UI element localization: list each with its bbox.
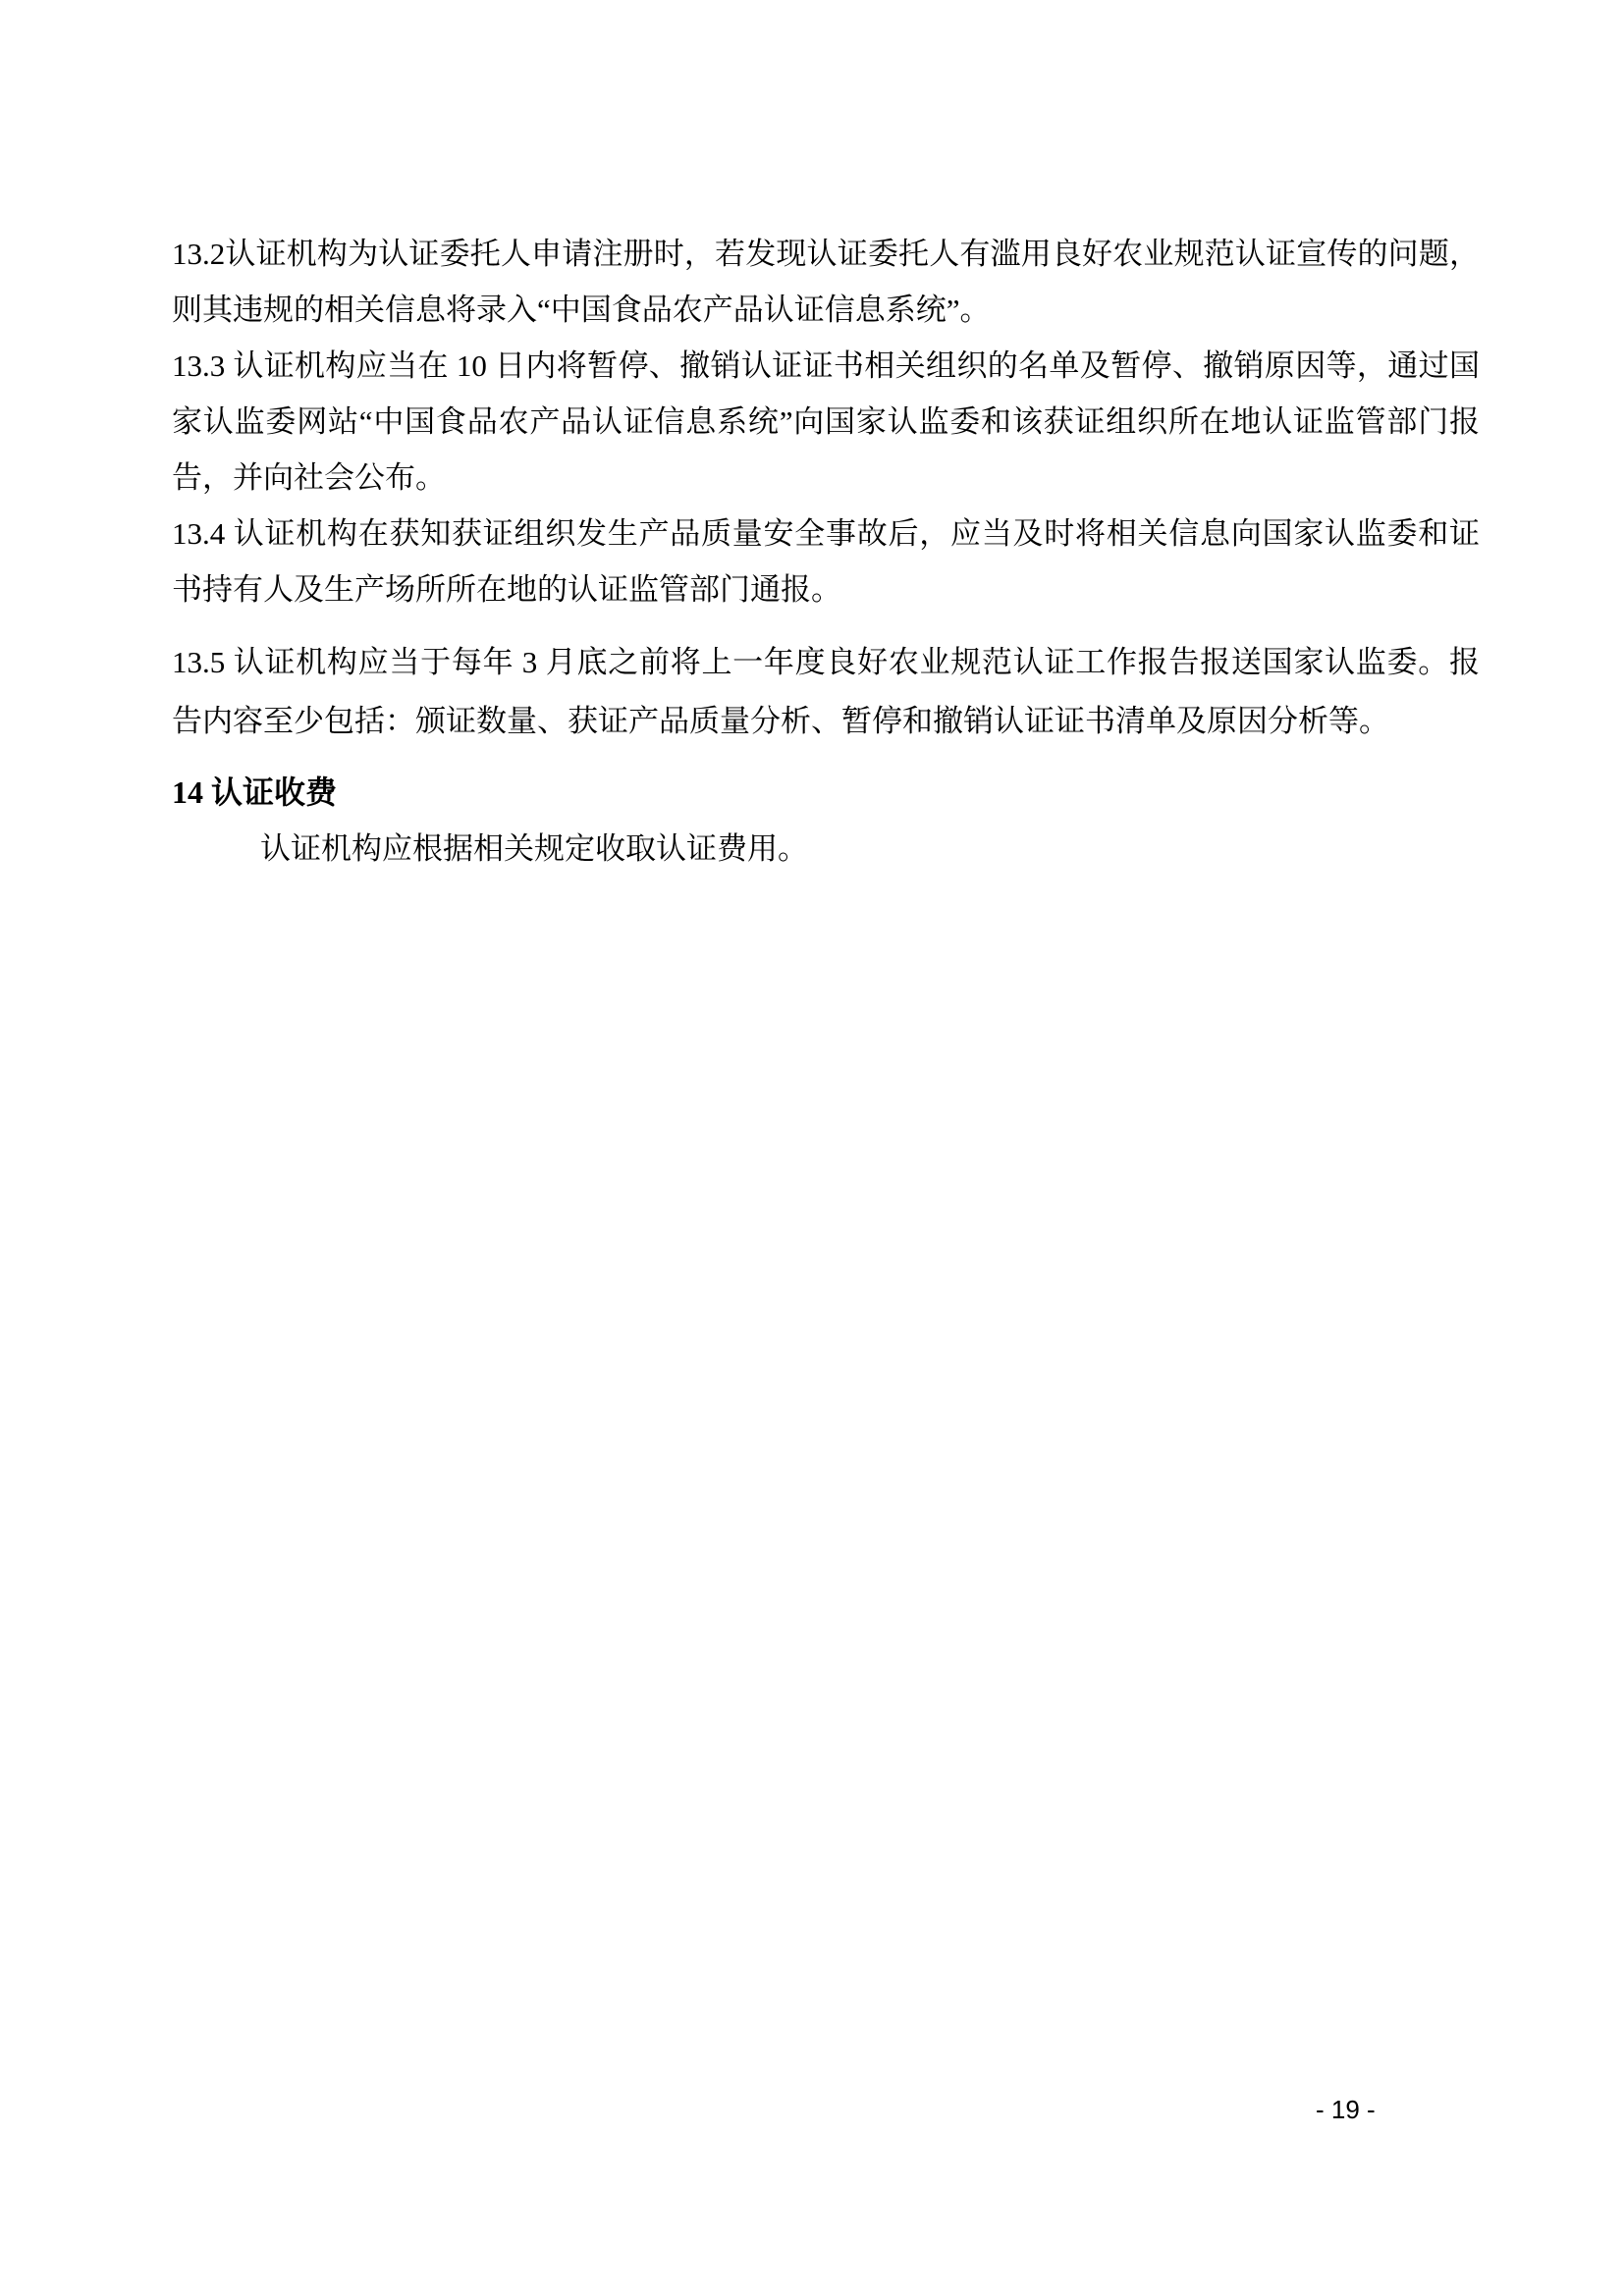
paragraph-13-3: 13.3 认证机构应当在 10 日内将暂停、撤销认证证书相关组织的名单及暂停、撤… — [172, 338, 1480, 506]
document-body: 13.2认证机构为认证委托人申请注册时，若发现认证委托人有滥用良好农业规范认证宣… — [172, 226, 1480, 877]
paragraph-14-body: 认证机构应根据相关规定收取认证费用。 — [172, 821, 1480, 877]
page-number: - 19 - — [1316, 2095, 1376, 2124]
paragraph-13-4: 13.4 认证机构在获知获证组织发生产品质量安全事故后，应当及时将相关信息向国家… — [172, 506, 1480, 617]
section-heading-14: 14 认证收费 — [172, 765, 1480, 821]
document-page: 13.2认证机构为认证委托人申请注册时，若发现认证委托人有滥用良好农业规范认证宣… — [0, 0, 1624, 2296]
paragraph-13-2: 13.2认证机构为认证委托人申请注册时，若发现认证委托人有滥用良好农业规范认证宣… — [172, 226, 1480, 338]
paragraph-13-5: 13.5 认证机构应当于每年 3 月底之前将上一年度良好农业规范认证工作报告报送… — [172, 633, 1480, 751]
